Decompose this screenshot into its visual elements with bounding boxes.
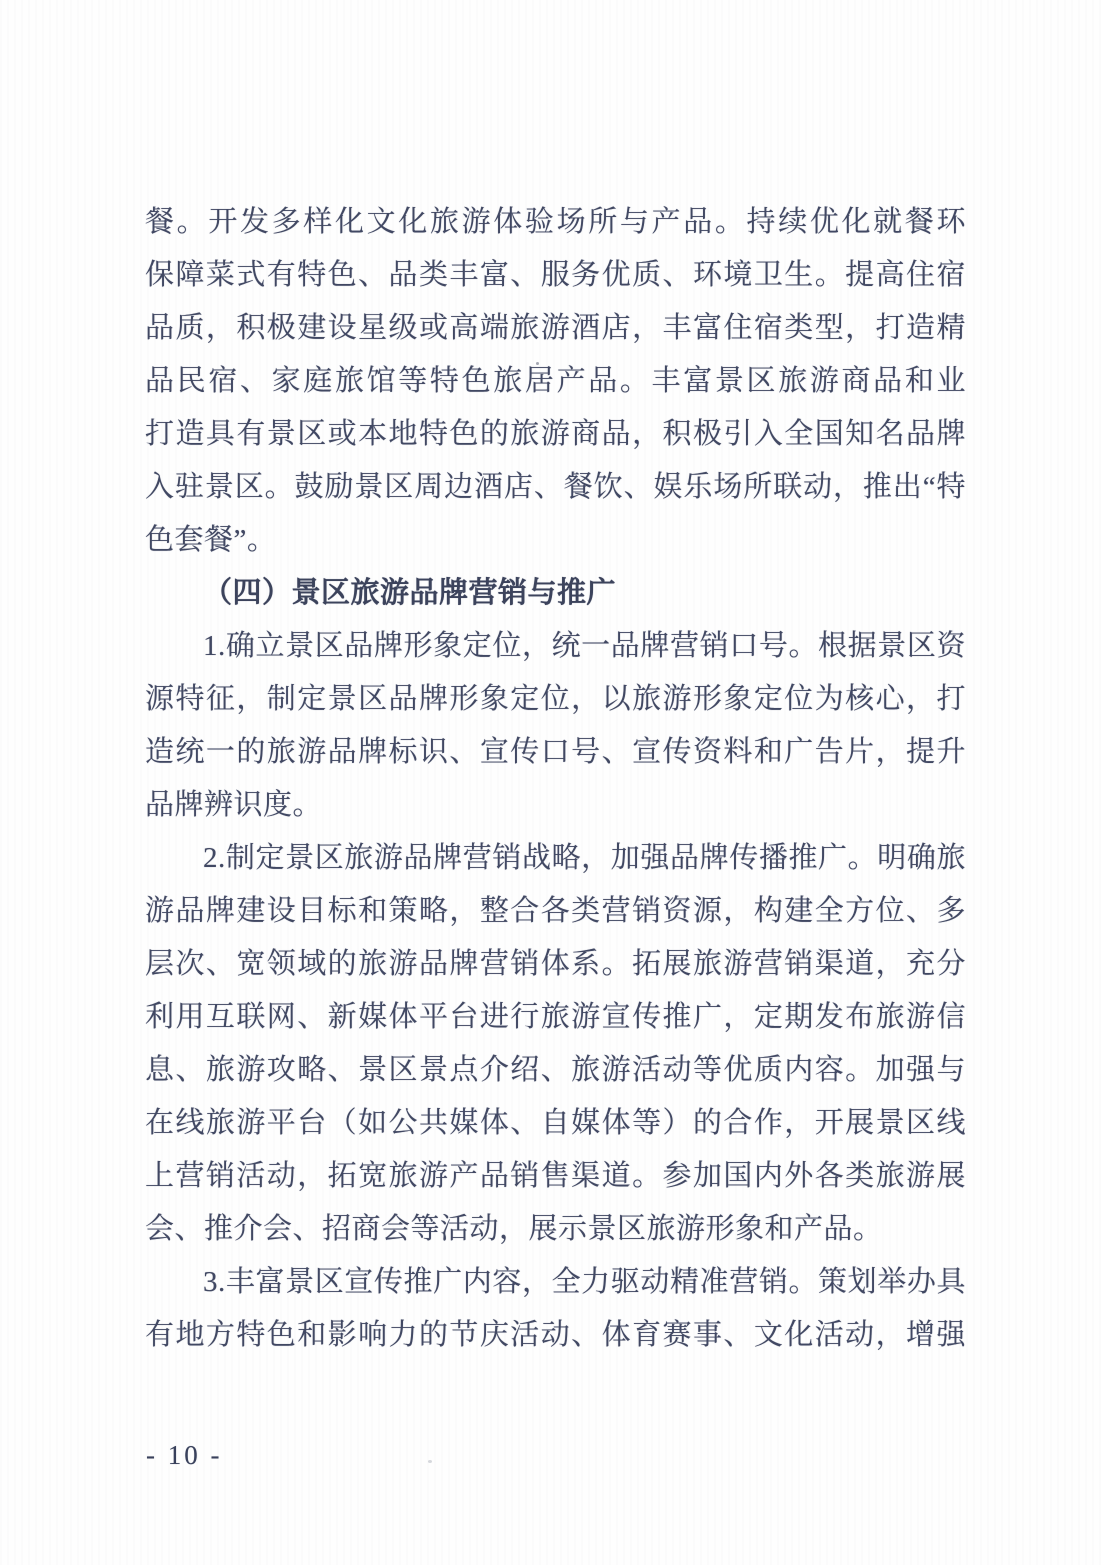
text-line: 在线旅游平台（如公共媒体、自媒体等）的合作，开展景区线: [145, 1097, 966, 1150]
text-line: 1.确立景区品牌形象定位，统一品牌营销口号。根据景区资: [145, 620, 966, 673]
text-line: 层次、宽领域的旅游品牌营销体系。拓展旅游营销渠道，充分: [145, 938, 966, 991]
document-page: 餐。开发多样化文化旅游体验场所与产品。持续优化就餐环境，保障菜式有特色、品类丰富…: [0, 0, 1101, 1565]
page-number: - 10 -: [146, 1440, 222, 1471]
text-line: 游品牌建设目标和策略，整合各类营销资源，构建全方位、多: [145, 885, 966, 938]
text-line: 品牌辨识度。: [145, 779, 966, 832]
text-line: 餐。开发多样化文化旅游体验场所与产品。持续优化就餐环境，: [145, 196, 966, 249]
scan-artifact-smudge: [428, 1460, 432, 1463]
text-line: 打造具有景区或本地特色的旅游商品，积极引入全国知名品牌: [145, 408, 966, 461]
text-line: 保障菜式有特色、品类丰富、服务优质、环境卫生。提高住宿: [145, 249, 966, 302]
text-line: 入驻景区。鼓励景区周边酒店、餐饮、娱乐场所联动，推出“特: [145, 461, 966, 514]
scan-artifact-dot: [536, 362, 539, 365]
section-heading: （四）景区旅游品牌营销与推广: [145, 567, 966, 620]
text-line: 会、推介会、招商会等活动，展示景区旅游形象和产品。: [145, 1203, 966, 1256]
text-line: 利用互联网、新媒体平台进行旅游宣传推广，定期发布旅游信: [145, 991, 966, 1044]
text-line: 息、旅游攻略、景区景点介绍、旅游活动等优质内容。加强与: [145, 1044, 966, 1097]
text-line: 3.丰富景区宣传推广内容，全力驱动精准营销。策划举办具: [145, 1256, 966, 1309]
text-line: 2.制定景区旅游品牌营销战略，加强品牌传播推广。明确旅: [145, 832, 966, 885]
text-line: 源特征，制定景区品牌形象定位，以旅游形象定位为核心，打: [145, 673, 966, 726]
text-line: 造统一的旅游品牌标识、宣传口号、宣传资料和广告片，提升: [145, 726, 966, 779]
text-line: 品民宿、家庭旅馆等特色旅居产品。丰富景区旅游商品和业态，: [145, 355, 966, 408]
text-line: 上营销活动，拓宽旅游产品销售渠道。参加国内外各类旅游展: [145, 1150, 966, 1203]
text-line: 有地方特色和影响力的节庆活动、体育赛事、文化活动，增强: [145, 1309, 966, 1362]
text-line: 色套餐”。: [145, 514, 966, 567]
document-body: 餐。开发多样化文化旅游体验场所与产品。持续优化就餐环境，保障菜式有特色、品类丰富…: [145, 196, 966, 1362]
text-line: 品质，积极建设星级或高端旅游酒店，丰富住宿类型，打造精: [145, 302, 966, 355]
